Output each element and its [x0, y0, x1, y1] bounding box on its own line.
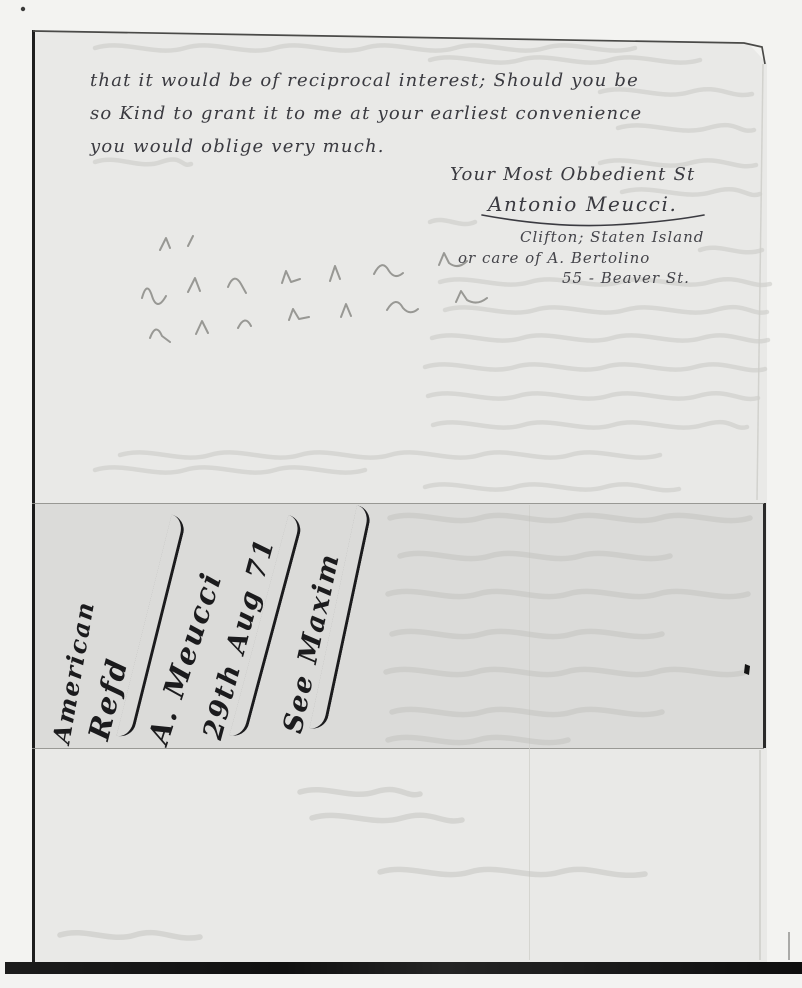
letter-body-line: you would oblige very much. [90, 136, 385, 157]
letter-address-line: or care of A. Bertolino [458, 249, 650, 267]
letter-address-line: 55 - Beaver St. [562, 269, 690, 287]
letter-body-line: that it would be of reciprocal interest;… [90, 70, 639, 91]
letter-closing: Your Most Obbedient St [450, 164, 695, 185]
letter-signature: Antonio Meucci. [488, 192, 677, 216]
scanned-letter-page: that it would be of reciprocal interest;… [0, 0, 802, 988]
letter-body-line: so Kind to grant it to me at your earlie… [90, 103, 642, 124]
letter-address-line: Clifton; Staten Island [520, 228, 704, 246]
